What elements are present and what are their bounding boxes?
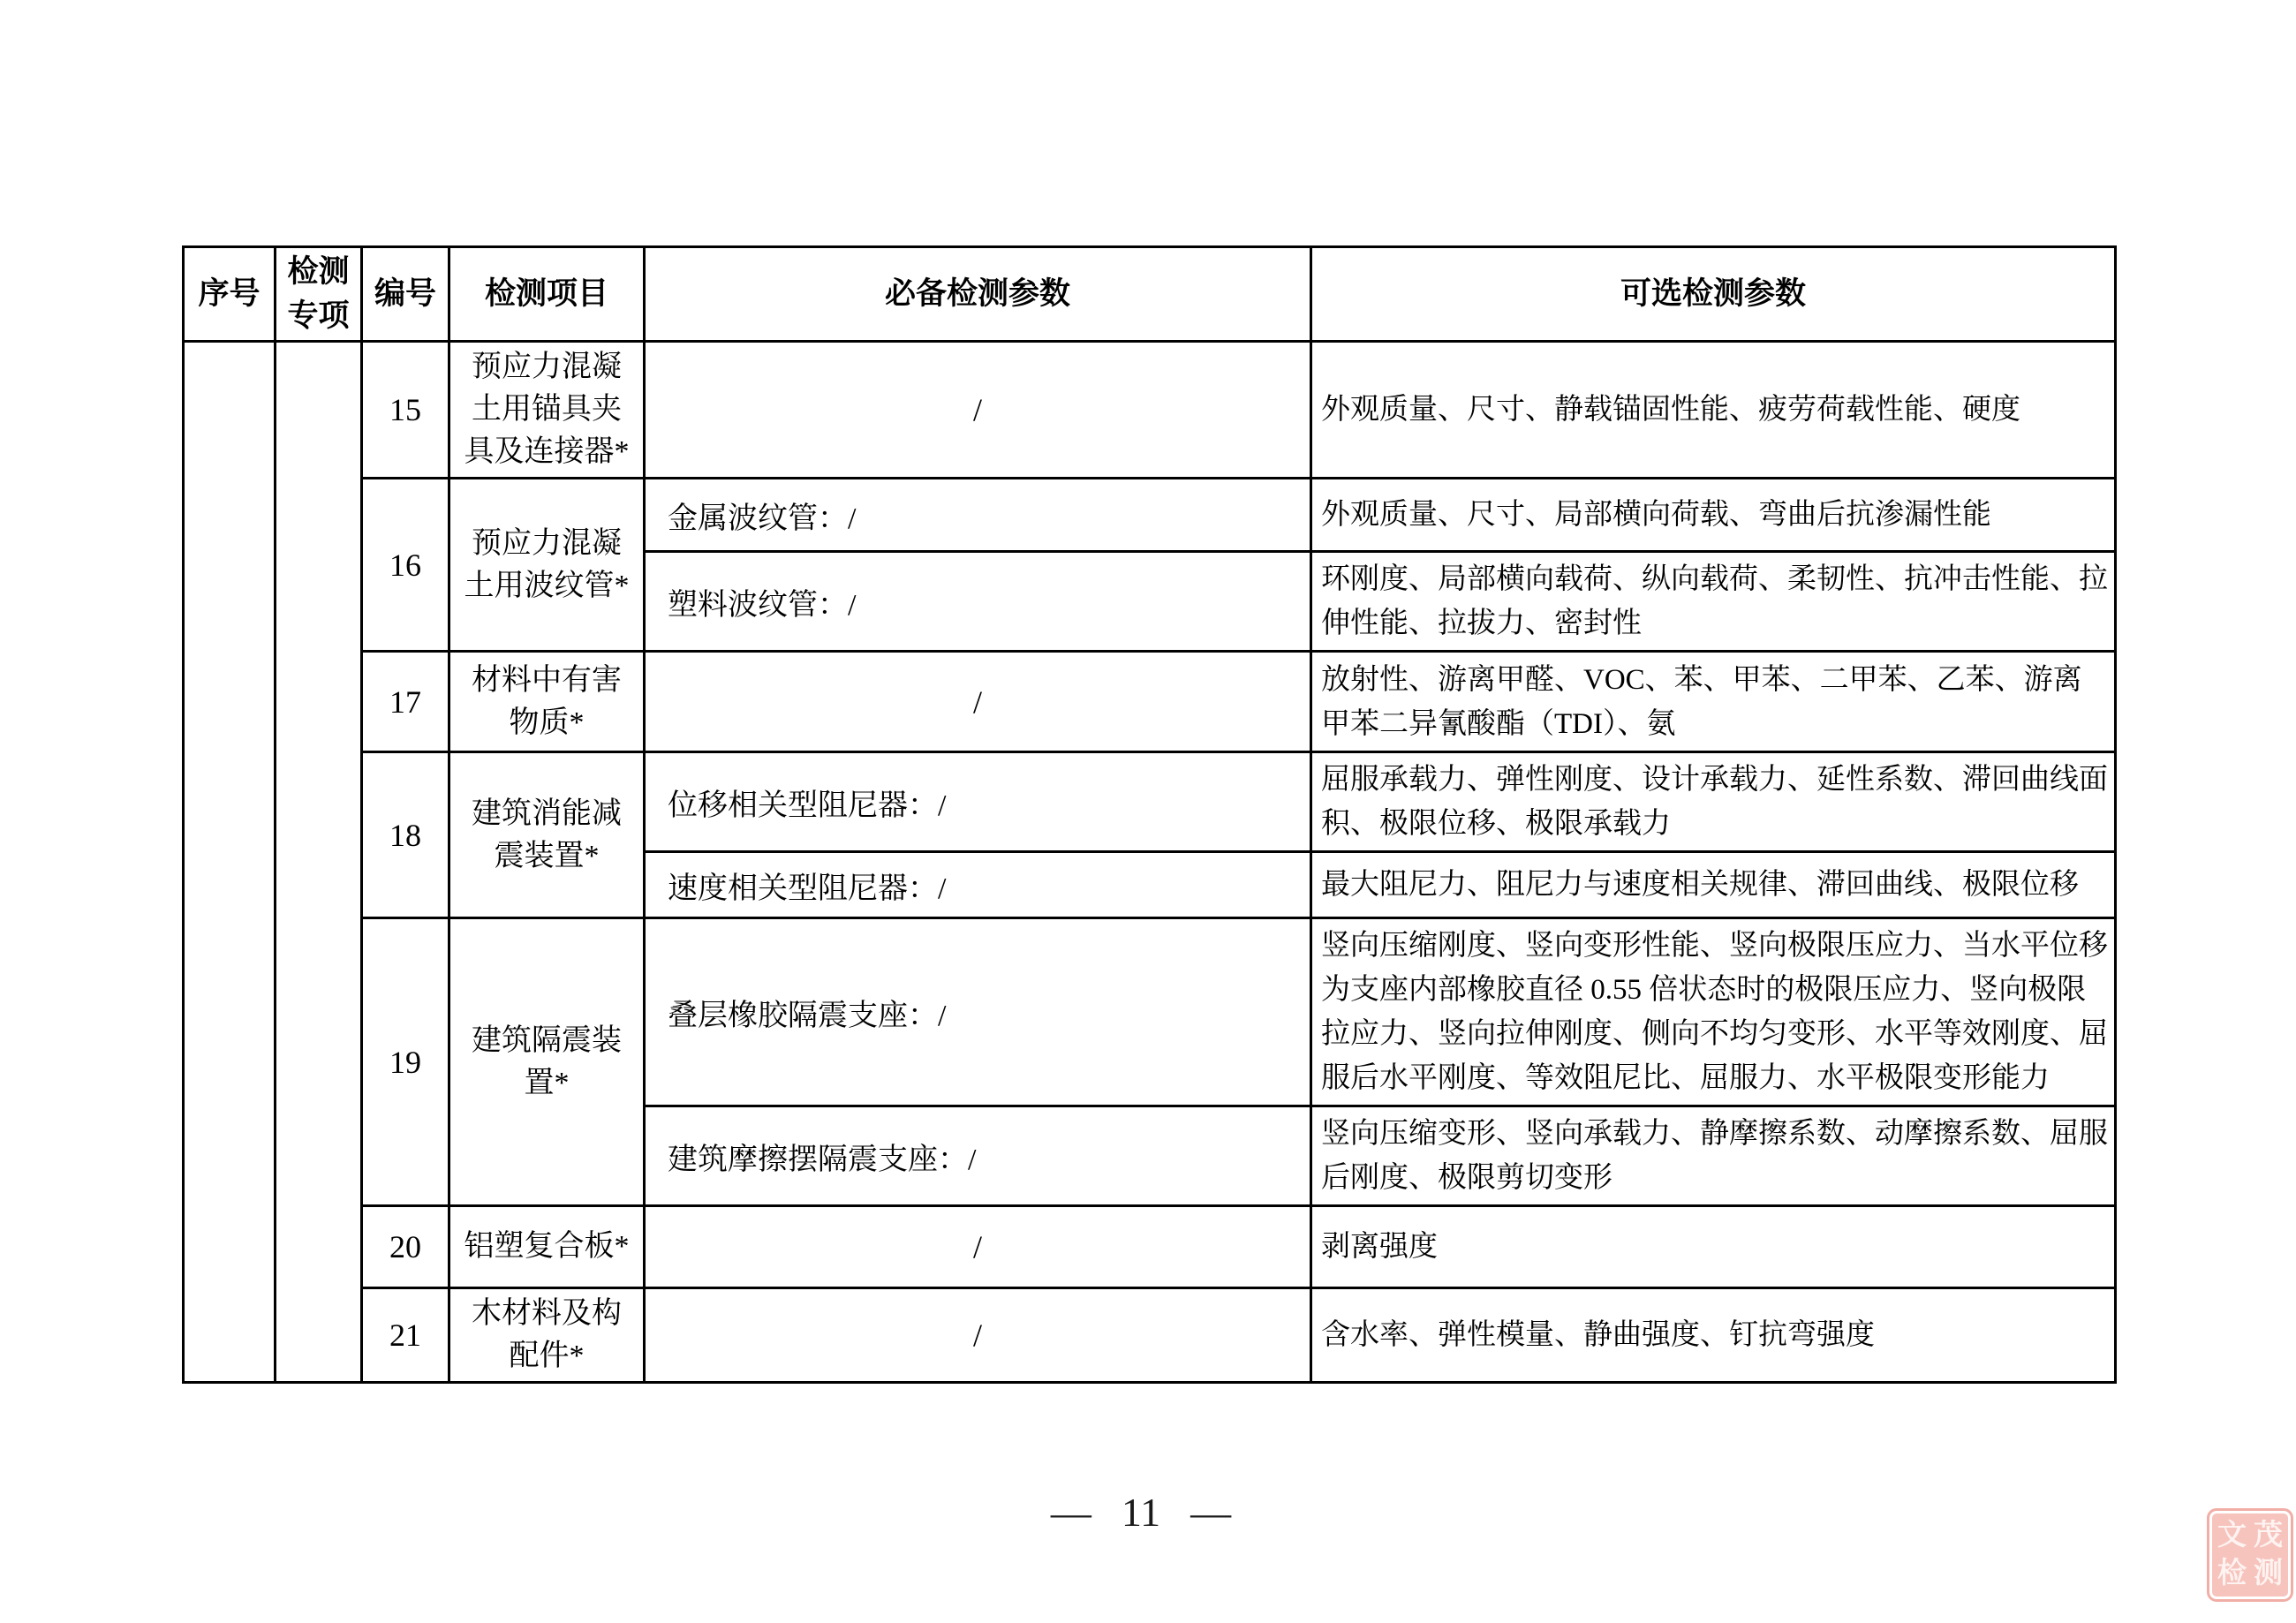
stamp-char: 测 <box>2254 1559 2283 1589</box>
header-cell-serial: 序号 <box>184 247 276 342</box>
table-row: 17 材料中有害物质* / 放射性、游离甲醛、VOC、苯、甲苯、二甲苯、乙苯、游… <box>184 652 2116 752</box>
row-15-number: 15 <box>362 342 449 479</box>
inspection-parameters-table: 序号 检测专项 编号 检测项目 必备检测参数 可选检测参数 15 预应力混凝土用… <box>182 245 2117 1384</box>
header-cell-special-category: 检测专项 <box>276 247 362 342</box>
row-15-item: 预应力混凝土用锚具夹具及连接器* <box>449 342 645 479</box>
row-19-rubber-bearing-optional-params: 竖向压缩刚度、竖向变形性能、竖向极限压应力、当水平位移为支座内部橡胶直径 0.5… <box>1311 918 2116 1106</box>
stamp-char: 文 <box>2217 1521 2247 1551</box>
row-18-velocity-damper-required-params: 速度相关型阻尼器：/ <box>645 852 1311 918</box>
row-18-item: 建筑消能减震装置* <box>449 752 645 918</box>
row-19-friction-pendulum-required-params: 建筑摩擦摆隔震支座：/ <box>645 1106 1311 1206</box>
header-cell-optional-params: 可选检测参数 <box>1311 247 2116 342</box>
table-row: 16 预应力混凝土用波纹管* 金属波纹管：/ 外观质量、尺寸、局部横向荷载、弯曲… <box>184 479 2116 552</box>
company-seal-stamp: 文 茂 检 测 <box>2212 1514 2288 1597</box>
row-16-number: 16 <box>362 479 449 652</box>
table-row: 20 铝塑复合板* / 剥离强度 <box>184 1206 2116 1288</box>
row-19-item: 建筑隔震装置* <box>449 918 645 1206</box>
row-21-number: 21 <box>362 1288 449 1383</box>
row-21-optional-params: 含水率、弹性模量、静曲强度、钉抗弯强度 <box>1311 1288 2116 1383</box>
row-20-required-params: / <box>645 1206 1311 1288</box>
page-number-left-dash: — <box>1051 1489 1091 1536</box>
row-18-number: 18 <box>362 752 449 918</box>
row-15-required-params: / <box>645 342 1311 479</box>
row-21-item: 木材料及构配件* <box>449 1288 645 1383</box>
document-page: 序号 检测专项 编号 检测项目 必备检测参数 可选检测参数 15 预应力混凝土用… <box>0 0 2296 1623</box>
row-20-number: 20 <box>362 1206 449 1288</box>
row-18-displacement-damper-required-params: 位移相关型阻尼器：/ <box>645 752 1311 852</box>
row-17-item: 材料中有害物质* <box>449 652 645 752</box>
row-18-velocity-damper-optional-params: 最大阻尼力、阻尼力与速度相关规律、滞回曲线、极限位移 <box>1311 852 2116 918</box>
stamp-char: 茂 <box>2254 1521 2283 1551</box>
special-category-body-cell-empty <box>276 342 362 1383</box>
header-cell-item: 检测项目 <box>449 247 645 342</box>
row-16-plastic-duct-required-params: 塑料波纹管：/ <box>645 552 1311 652</box>
row-17-number: 17 <box>362 652 449 752</box>
row-18-displacement-damper-optional-params: 屈服承载力、弹性刚度、设计承载力、延性系数、滞回曲线面积、极限位移、极限承载力 <box>1311 752 2116 852</box>
row-17-optional-params: 放射性、游离甲醛、VOC、苯、甲苯、二甲苯、乙苯、游离甲苯二异氰酸酯（TDI）、… <box>1311 652 2116 752</box>
page-number: — 11 — <box>0 1489 2282 1536</box>
row-20-item: 铝塑复合板* <box>449 1206 645 1288</box>
table-row: 19 建筑隔震装置* 叠层橡胶隔震支座：/ 竖向压缩刚度、竖向变形性能、竖向极限… <box>184 918 2116 1106</box>
header-cell-number: 编号 <box>362 247 449 342</box>
row-20-optional-params: 剥离强度 <box>1311 1206 2116 1288</box>
table-header-row: 序号 检测专项 编号 检测项目 必备检测参数 可选检测参数 <box>184 247 2116 342</box>
header-cell-required-params: 必备检测参数 <box>645 247 1311 342</box>
row-16-item: 预应力混凝土用波纹管* <box>449 479 645 652</box>
row-15-optional-params: 外观质量、尺寸、静载锚固性能、疲劳荷载性能、硬度 <box>1311 342 2116 479</box>
stamp-char: 检 <box>2217 1559 2247 1589</box>
row-21-required-params: / <box>645 1288 1311 1383</box>
row-16-metal-duct-optional-params: 外观质量、尺寸、局部横向荷载、弯曲后抗渗漏性能 <box>1311 479 2116 552</box>
page-number-right-dash: — <box>1190 1489 1231 1536</box>
row-16-metal-duct-required-params: 金属波纹管：/ <box>645 479 1311 552</box>
serial-body-cell-empty <box>184 342 276 1383</box>
row-19-rubber-bearing-required-params: 叠层橡胶隔震支座：/ <box>645 918 1311 1106</box>
table-row: 15 预应力混凝土用锚具夹具及连接器* / 外观质量、尺寸、静载锚固性能、疲劳荷… <box>184 342 2116 479</box>
row-17-required-params: / <box>645 652 1311 752</box>
row-19-friction-pendulum-optional-params: 竖向压缩变形、竖向承载力、静摩擦系数、动摩擦系数、屈服后刚度、极限剪切变形 <box>1311 1106 2116 1206</box>
table-row: 18 建筑消能减震装置* 位移相关型阻尼器：/ 屈服承载力、弹性刚度、设计承载力… <box>184 752 2116 852</box>
row-16-plastic-duct-optional-params: 环刚度、局部横向载荷、纵向载荷、柔韧性、抗冲击性能、拉伸性能、拉拔力、密封性 <box>1311 552 2116 652</box>
table-row: 21 木材料及构配件* / 含水率、弹性模量、静曲强度、钉抗弯强度 <box>184 1288 2116 1383</box>
row-19-number: 19 <box>362 918 449 1206</box>
page-number-value: 11 <box>1122 1489 1160 1536</box>
